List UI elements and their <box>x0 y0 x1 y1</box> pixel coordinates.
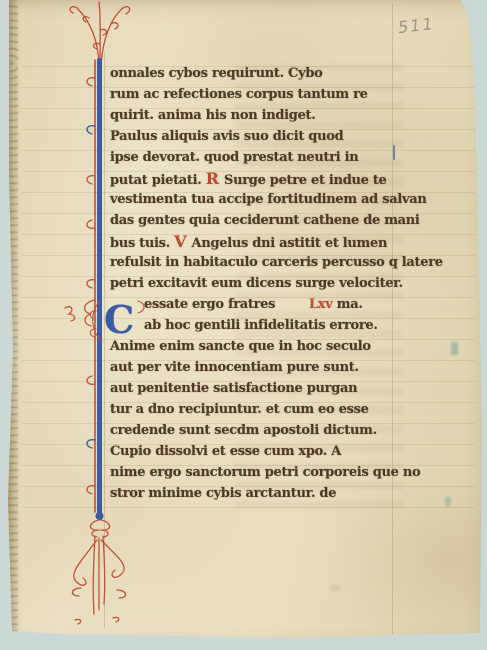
text-segment: Cupio dissolvi et esse cum xpo. A <box>110 444 341 459</box>
text-line: Cupio dissolvi et esse cum xpo. A <box>110 441 402 462</box>
text-segment: das gentes quia ceciderunt cathene de ma… <box>110 213 420 228</box>
text-line: nime ergo sanctorum petri corporeis que … <box>110 462 402 483</box>
text-segment: stror minime cybis arctantur. de <box>110 486 336 501</box>
text-segment: nime ergo sanctorum petri corporeis que … <box>110 465 420 480</box>
text-segment: ma. <box>333 297 363 312</box>
text-segment: quirit. anima his non indiget. <box>110 108 316 123</box>
text-segment: bus tuis. <box>110 236 174 251</box>
stain <box>330 585 340 591</box>
text-line: stror minime cybis arctantur. de <box>110 483 402 504</box>
text-segment: credende sunt secdm apostoli dictum. <box>110 423 377 438</box>
text-block: onnales cybos requirunt. Cyborum ac refe… <box>110 63 402 504</box>
text-segment: petri excitavit eum dicens surge velocit… <box>110 276 403 291</box>
text-line: onnales cybos requirunt. Cybo <box>110 63 402 84</box>
parchment-leaf: onnales cybos requirunt. Cyborum ac refe… <box>0 0 487 650</box>
text-line: rum ac refectiones corpus tantum re <box>110 84 402 105</box>
teal-smudge-small <box>445 497 451 507</box>
decorated-initial-C: C <box>96 299 140 345</box>
text-line: quirit. anima his non indiget. <box>110 105 402 126</box>
text-segment: aut per vite innocentiam pure sunt. <box>110 360 359 375</box>
text-line: Paulus aliquis avis suo dicit quod <box>110 126 402 147</box>
text-segment: V <box>174 232 191 251</box>
text-segment: putat pietati. <box>110 173 206 188</box>
text-line: bus tuis. V Angelus dni astitit et lumen <box>110 231 402 252</box>
text-segment: aut penitentie satisfactione purgan <box>110 381 357 396</box>
text-segment: R <box>206 169 224 188</box>
text-segment: vestimenta tua accipe fortitudinem ad sa… <box>110 192 427 207</box>
deckle-edge <box>7 0 18 634</box>
text-line: refulsit in habitaculo carceris percusso… <box>110 252 402 273</box>
text-segment: tur a dno recipiuntur. et cum eo esse <box>110 402 369 417</box>
text-line: vestimenta tua accipe fortitudinem ad sa… <box>110 189 402 210</box>
photo-backdrop: onnales cybos requirunt. Cyborum ac refe… <box>0 0 487 650</box>
text-segment: Surge petre et indue te <box>224 173 387 188</box>
text-line: aut per vite innocentiam pure sunt. <box>110 357 402 378</box>
text-line: putat pietati. R Surge petre et indue te <box>110 168 402 189</box>
text-segment: rum ac refectiones corpus tantum re <box>110 87 368 102</box>
text-line: ipse devorat. quod prestat neutri in <box>110 147 402 168</box>
text-segment: Lxv <box>309 297 333 312</box>
text-segment <box>275 297 309 312</box>
text-line: tur a dno recipiuntur. et cum eo esse <box>110 399 402 420</box>
text-segment: Paulus aliquis avis suo dicit quod <box>110 129 343 144</box>
text-segment: ipse devorat. quod prestat neutri in <box>110 150 358 165</box>
blue-ink-mark <box>393 145 395 160</box>
text-line: das gentes quia ceciderunt cathene de ma… <box>110 210 402 231</box>
teal-smudge <box>451 342 458 355</box>
text-segment: onnales cybos requirunt. Cybo <box>110 66 323 81</box>
text-line: credende sunt secdm apostoli dictum. <box>110 420 402 441</box>
text-segment: refulsit in habitaculo carceris percusso… <box>110 255 443 270</box>
pencil-folio-number: 511 <box>397 14 436 37</box>
text-line: petri excitavit eum dicens surge velocit… <box>110 273 402 294</box>
text-segment: ab hoc gentili infidelitatis errore. <box>144 318 378 333</box>
initial-letter: C <box>104 297 134 343</box>
text-line: aut penitentie satisfactione purgan <box>110 378 402 399</box>
text-segment: essate ergo fratres <box>144 297 275 312</box>
text-segment: Angelus dni astitit et lumen <box>192 236 388 251</box>
